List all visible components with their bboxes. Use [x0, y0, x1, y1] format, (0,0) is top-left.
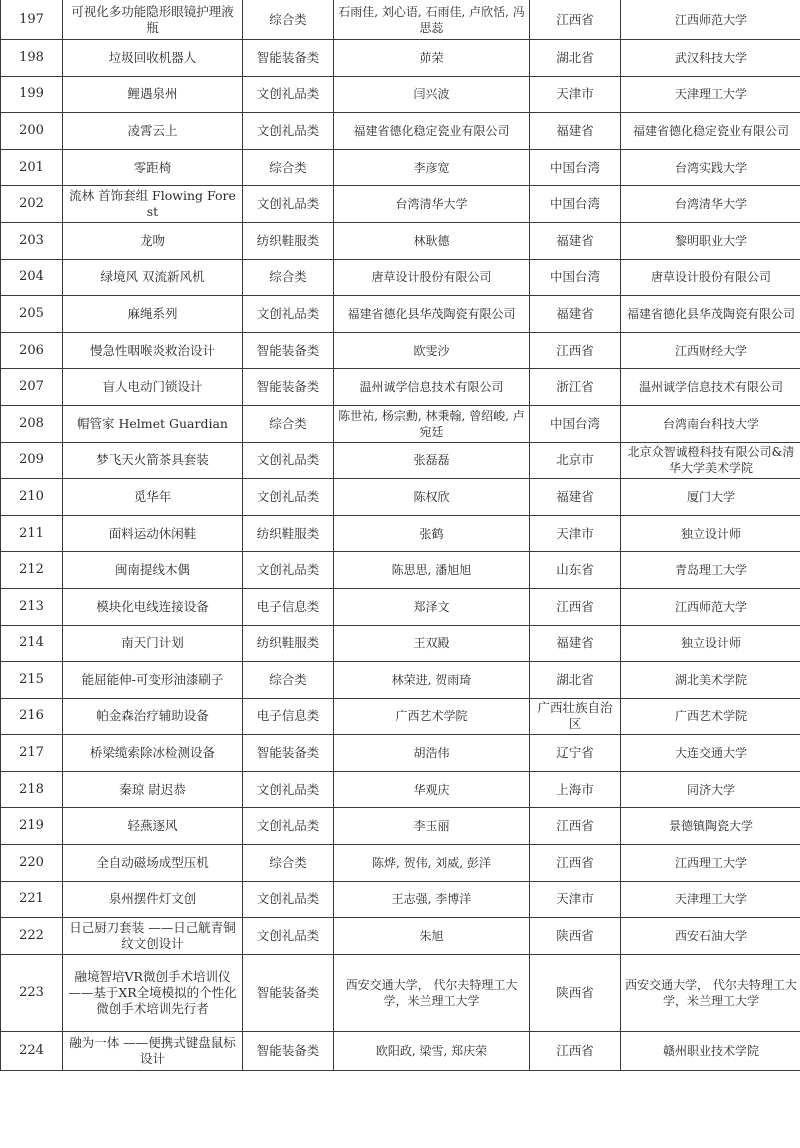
- cell-region: 山东省: [530, 552, 621, 589]
- cell-unit: 江西财经大学: [621, 332, 800, 369]
- cell-unit: 西安交通大学， 代尔夫特理工大学，米兰理工大学: [621, 954, 800, 1031]
- table-row: 202 流林 首饰套组 Flowing Forest 文创礼品类 台湾清华大学 …: [1, 186, 800, 223]
- cell-number: 212: [1, 552, 63, 589]
- cell-unit: 湖北美术学院: [621, 662, 800, 699]
- table-row: 223 融境智培VR微创手术培训仪——基于XR全境模拟的个性化微创手术培训先行者…: [1, 954, 800, 1031]
- cell-work-name: 麻绳系列: [63, 296, 243, 333]
- cell-category: 电子信息类: [243, 698, 334, 735]
- cell-number: 223: [1, 954, 63, 1031]
- cell-category: 文创礼品类: [243, 881, 334, 918]
- cell-category: 纺织鞋服类: [243, 625, 334, 662]
- cell-number: 220: [1, 845, 63, 882]
- cell-authors: 陈烨, 贺伟, 刘威, 彭洋: [334, 845, 530, 882]
- cell-region: 天津市: [530, 515, 621, 552]
- cell-work-name: 绿境风 双流新风机: [63, 259, 243, 296]
- cell-authors: 闫兴波: [334, 76, 530, 113]
- cell-region: 中国台湾: [530, 186, 621, 223]
- cell-unit: 台湾南台科技大学: [621, 405, 800, 442]
- cell-number: 211: [1, 515, 63, 552]
- cell-category: 智能装备类: [243, 954, 334, 1031]
- cell-number: 219: [1, 808, 63, 845]
- cell-authors: 林荣进, 贺雨琦: [334, 662, 530, 699]
- cell-unit: 广西艺术学院: [621, 698, 800, 735]
- cell-authors: 陈思思, 潘旭旭: [334, 552, 530, 589]
- cell-category: 文创礼品类: [243, 442, 334, 479]
- cell-region: 江西省: [530, 588, 621, 625]
- cell-number: 208: [1, 405, 63, 442]
- cell-unit: 台湾实践大学: [621, 149, 800, 186]
- cell-unit: 天津理工大学: [621, 76, 800, 113]
- cell-region: 广西壮族自治区: [530, 698, 621, 735]
- table-row: 221 泉州摆件灯文创 文创礼品类 王志强, 李博洋 天津市 天津理工大学: [1, 881, 800, 918]
- cell-unit: 同济大学: [621, 771, 800, 808]
- cell-authors: 广西艺术学院: [334, 698, 530, 735]
- cell-unit: 大连交通大学: [621, 735, 800, 772]
- cell-number: 202: [1, 186, 63, 223]
- cell-work-name: 融为一体 ——便携式键盘鼠标设计: [63, 1031, 243, 1070]
- table-row: 211 面料运动休闲鞋 纺织鞋服类 张鹤 天津市 独立设计师: [1, 515, 800, 552]
- cell-work-name: 能屈能伸-可变形油漆刷子: [63, 662, 243, 699]
- cell-region: 江西省: [530, 845, 621, 882]
- cell-number: 199: [1, 76, 63, 113]
- cell-authors: 茆荣: [334, 40, 530, 77]
- cell-work-name: 轻燕逐风: [63, 808, 243, 845]
- cell-category: 智能装备类: [243, 1031, 334, 1070]
- cell-category: 综合类: [243, 845, 334, 882]
- cell-work-name: 模块化电线连接设备: [63, 588, 243, 625]
- cell-category: 文创礼品类: [243, 113, 334, 150]
- cell-authors: 石雨佳, 刘心语, 石雨佳, 卢欣恬, 冯思蕊: [334, 0, 530, 40]
- cell-number: 222: [1, 918, 63, 955]
- cell-work-name: 融境智培VR微创手术培训仪——基于XR全境模拟的个性化微创手术培训先行者: [63, 954, 243, 1031]
- cell-unit: 福建省德化稳定瓷业有限公司: [621, 113, 800, 150]
- cell-work-name: 垃圾回收机器人: [63, 40, 243, 77]
- cell-number: 204: [1, 259, 63, 296]
- cell-work-name: 全自动磁场成型压机: [63, 845, 243, 882]
- cell-category: 文创礼品类: [243, 771, 334, 808]
- cell-region: 中国台湾: [530, 405, 621, 442]
- cell-work-name: 闽南提线木偶: [63, 552, 243, 589]
- cell-authors: 唐草设计股份有限公司: [334, 259, 530, 296]
- cell-authors: 朱旭: [334, 918, 530, 955]
- cell-region: 北京市: [530, 442, 621, 479]
- cell-work-name: 流林 首饰套组 Flowing Forest: [63, 186, 243, 223]
- cell-region: 天津市: [530, 76, 621, 113]
- cell-authors: 华观庆: [334, 771, 530, 808]
- cell-authors: 陈权欣: [334, 479, 530, 516]
- table-row: 208 帽管家 Helmet Guardian 综合类 陈世祐, 杨宗勳, 林秉…: [1, 405, 800, 442]
- cell-unit: 独立设计师: [621, 515, 800, 552]
- table-row: 214 南天门计划 纺织鞋服类 王双殿 福建省 独立设计师: [1, 625, 800, 662]
- cell-category: 综合类: [243, 0, 334, 40]
- cell-authors: 温州诚学信息技术有限公司: [334, 369, 530, 406]
- cell-number: 215: [1, 662, 63, 699]
- cell-category: 智能装备类: [243, 332, 334, 369]
- cell-category: 电子信息类: [243, 588, 334, 625]
- cell-unit: 西安石油大学: [621, 918, 800, 955]
- table-row: 213 模块化电线连接设备 电子信息类 郑泽文 江西省 江西师范大学: [1, 588, 800, 625]
- cell-unit: 青岛理工大学: [621, 552, 800, 589]
- cell-work-name: 盲人电动门锁设计: [63, 369, 243, 406]
- table-row: 207 盲人电动门锁设计 智能装备类 温州诚学信息技术有限公司 浙江省 温州诚学…: [1, 369, 800, 406]
- cell-region: 江西省: [530, 1031, 621, 1070]
- cell-authors: 陈世祐, 杨宗勳, 林秉翰, 曾绍峻, 卢宛廷: [334, 405, 530, 442]
- cell-authors: 台湾清华大学: [334, 186, 530, 223]
- cell-category: 文创礼品类: [243, 186, 334, 223]
- cell-category: 综合类: [243, 662, 334, 699]
- cell-authors: 王志强, 李博洋: [334, 881, 530, 918]
- cell-authors: 王双殿: [334, 625, 530, 662]
- cell-number: 218: [1, 771, 63, 808]
- cell-work-name: 面料运动休闲鞋: [63, 515, 243, 552]
- cell-number: 198: [1, 40, 63, 77]
- table-row: 219 轻燕逐风 文创礼品类 李玉丽 江西省 景德镇陶瓷大学: [1, 808, 800, 845]
- cell-category: 纺织鞋服类: [243, 515, 334, 552]
- cell-work-name: 秦琼 尉迟恭: [63, 771, 243, 808]
- cell-number: 200: [1, 113, 63, 150]
- cell-unit: 独立设计师: [621, 625, 800, 662]
- cell-authors: 西安交通大学， 代尔夫特理工大学，米兰理工大学: [334, 954, 530, 1031]
- awards-table-body: 197 可视化多功能隐形眼镜护理液瓶 综合类 石雨佳, 刘心语, 石雨佳, 卢欣…: [1, 0, 800, 1070]
- table-row: 215 能屈能伸-可变形油漆刷子 综合类 林荣进, 贺雨琦 湖北省 湖北美术学院: [1, 662, 800, 699]
- table-row: 198 垃圾回收机器人 智能装备类 茆荣 湖北省 武汉科技大学: [1, 40, 800, 77]
- cell-work-name: 凌霄云上: [63, 113, 243, 150]
- cell-category: 文创礼品类: [243, 76, 334, 113]
- cell-work-name: 可视化多功能隐形眼镜护理液瓶: [63, 0, 243, 40]
- table-row: 216 帕金森治疗辅助设备 电子信息类 广西艺术学院 广西壮族自治区 广西艺术学…: [1, 698, 800, 735]
- cell-work-name: 梦飞天火箭茶具套装: [63, 442, 243, 479]
- cell-number: 217: [1, 735, 63, 772]
- cell-number: 210: [1, 479, 63, 516]
- cell-region: 福建省: [530, 222, 621, 259]
- table-row: 209 梦飞天火箭茶具套装 文创礼品类 张磊磊 北京市 北京众智诚橙科技有限公司…: [1, 442, 800, 479]
- cell-category: 综合类: [243, 149, 334, 186]
- cell-work-name: 零距椅: [63, 149, 243, 186]
- cell-unit: 景德镇陶瓷大学: [621, 808, 800, 845]
- cell-category: 文创礼品类: [243, 296, 334, 333]
- table-row: 218 秦琼 尉迟恭 文创礼品类 华观庆 上海市 同济大学: [1, 771, 800, 808]
- cell-category: 文创礼品类: [243, 552, 334, 589]
- cell-authors: 李玉丽: [334, 808, 530, 845]
- table-row: 204 绿境风 双流新风机 综合类 唐草设计股份有限公司 中国台湾 唐草设计股份…: [1, 259, 800, 296]
- cell-region: 江西省: [530, 332, 621, 369]
- cell-work-name: 觅华年: [63, 479, 243, 516]
- cell-category: 智能装备类: [243, 735, 334, 772]
- cell-category: 文创礼品类: [243, 808, 334, 845]
- cell-region: 辽宁省: [530, 735, 621, 772]
- cell-region: 福建省: [530, 625, 621, 662]
- cell-category: 文创礼品类: [243, 918, 334, 955]
- cell-category: 智能装备类: [243, 369, 334, 406]
- cell-number: 201: [1, 149, 63, 186]
- cell-region: 中国台湾: [530, 149, 621, 186]
- cell-authors: 李彦宽: [334, 149, 530, 186]
- cell-region: 福建省: [530, 479, 621, 516]
- cell-number: 224: [1, 1031, 63, 1070]
- cell-region: 江西省: [530, 0, 621, 40]
- table-row: 206 慢急性咽喉炎救治设计 智能装备类 欧雯沙 江西省 江西财经大学: [1, 332, 800, 369]
- table-row: 217 桥梁缆索除冰检测设备 智能装备类 胡浩伟 辽宁省 大连交通大学: [1, 735, 800, 772]
- cell-region: 上海市: [530, 771, 621, 808]
- cell-authors: 林耿德: [334, 222, 530, 259]
- table-row: 212 闽南提线木偶 文创礼品类 陈思思, 潘旭旭 山东省 青岛理工大学: [1, 552, 800, 589]
- cell-number: 203: [1, 222, 63, 259]
- cell-unit: 唐草设计股份有限公司: [621, 259, 800, 296]
- cell-work-name: 慢急性咽喉炎救治设计: [63, 332, 243, 369]
- cell-work-name: 帕金森治疗辅助设备: [63, 698, 243, 735]
- cell-number: 213: [1, 588, 63, 625]
- cell-category: 综合类: [243, 405, 334, 442]
- cell-number: 205: [1, 296, 63, 333]
- cell-region: 浙江省: [530, 369, 621, 406]
- cell-authors: 张鹤: [334, 515, 530, 552]
- cell-unit: 黎明职业大学: [621, 222, 800, 259]
- cell-work-name: 南天门计划: [63, 625, 243, 662]
- cell-number: 216: [1, 698, 63, 735]
- cell-unit: 台湾清华大学: [621, 186, 800, 223]
- cell-authors: 张磊磊: [334, 442, 530, 479]
- cell-category: 综合类: [243, 259, 334, 296]
- table-row: 200 凌霄云上 文创礼品类 福建省德化稳定瓷业有限公司 福建省 福建省德化稳定…: [1, 113, 800, 150]
- cell-work-name: 帽管家 Helmet Guardian: [63, 405, 243, 442]
- cell-unit: 福建省德化县华茂陶瓷有限公司: [621, 296, 800, 333]
- cell-unit: 武汉科技大学: [621, 40, 800, 77]
- cell-unit: 天津理工大学: [621, 881, 800, 918]
- cell-unit: 厦门大学: [621, 479, 800, 516]
- table-row: 220 全自动磁场成型压机 综合类 陈烨, 贺伟, 刘威, 彭洋 江西省 江西理…: [1, 845, 800, 882]
- cell-region: 湖北省: [530, 662, 621, 699]
- cell-unit: 江西师范大学: [621, 0, 800, 40]
- cell-number: 209: [1, 442, 63, 479]
- cell-region: 江西省: [530, 808, 621, 845]
- cell-number: 207: [1, 369, 63, 406]
- cell-unit: 江西理工大学: [621, 845, 800, 882]
- cell-region: 陕西省: [530, 918, 621, 955]
- table-row: 222 日己厨刀套装 ——日己觥青铜纹文创设计 文创礼品类 朱旭 陕西省 西安石…: [1, 918, 800, 955]
- table-row: 199 鲤遇泉州 文创礼品类 闫兴波 天津市 天津理工大学: [1, 76, 800, 113]
- cell-work-name: 鲤遇泉州: [63, 76, 243, 113]
- cell-category: 智能装备类: [243, 40, 334, 77]
- cell-region: 天津市: [530, 881, 621, 918]
- cell-authors: 福建省德化稳定瓷业有限公司: [334, 113, 530, 150]
- cell-authors: 欧雯沙: [334, 332, 530, 369]
- cell-work-name: 桥梁缆索除冰检测设备: [63, 735, 243, 772]
- cell-category: 文创礼品类: [243, 479, 334, 516]
- cell-authors: 福建省德化县华茂陶瓷有限公司: [334, 296, 530, 333]
- cell-work-name: 龙吻: [63, 222, 243, 259]
- cell-region: 福建省: [530, 113, 621, 150]
- cell-number: 197: [1, 0, 63, 40]
- cell-unit: 赣州职业技术学院: [621, 1031, 800, 1070]
- table-row: 201 零距椅 综合类 李彦宽 中国台湾 台湾实践大学: [1, 149, 800, 186]
- cell-unit: 北京众智诚橙科技有限公司&清华大学美术学院: [621, 442, 800, 479]
- cell-region: 陕西省: [530, 954, 621, 1031]
- cell-authors: 郑泽文: [334, 588, 530, 625]
- cell-unit: 江西师范大学: [621, 588, 800, 625]
- cell-authors: 欧阳政, 梁雪, 郑庆荣: [334, 1031, 530, 1070]
- table-row: 197 可视化多功能隐形眼镜护理液瓶 综合类 石雨佳, 刘心语, 石雨佳, 卢欣…: [1, 0, 800, 40]
- cell-number: 221: [1, 881, 63, 918]
- cell-region: 中国台湾: [530, 259, 621, 296]
- table-row: 205 麻绳系列 文创礼品类 福建省德化县华茂陶瓷有限公司 福建省 福建省德化县…: [1, 296, 800, 333]
- table-row: 210 觅华年 文创礼品类 陈权欣 福建省 厦门大学: [1, 479, 800, 516]
- cell-authors: 胡浩伟: [334, 735, 530, 772]
- cell-unit: 温州诚学信息技术有限公司: [621, 369, 800, 406]
- cell-category: 纺织鞋服类: [243, 222, 334, 259]
- table-row: 203 龙吻 纺织鞋服类 林耿德 福建省 黎明职业大学: [1, 222, 800, 259]
- cell-work-name: 日己厨刀套装 ——日己觥青铜纹文创设计: [63, 918, 243, 955]
- cell-work-name: 泉州摆件灯文创: [63, 881, 243, 918]
- cell-number: 214: [1, 625, 63, 662]
- cell-number: 206: [1, 332, 63, 369]
- cell-region: 湖北省: [530, 40, 621, 77]
- table-row: 224 融为一体 ——便携式键盘鼠标设计 智能装备类 欧阳政, 梁雪, 郑庆荣 …: [1, 1031, 800, 1070]
- cell-region: 福建省: [530, 296, 621, 333]
- awards-table: 197 可视化多功能隐形眼镜护理液瓶 综合类 石雨佳, 刘心语, 石雨佳, 卢欣…: [0, 0, 800, 1071]
